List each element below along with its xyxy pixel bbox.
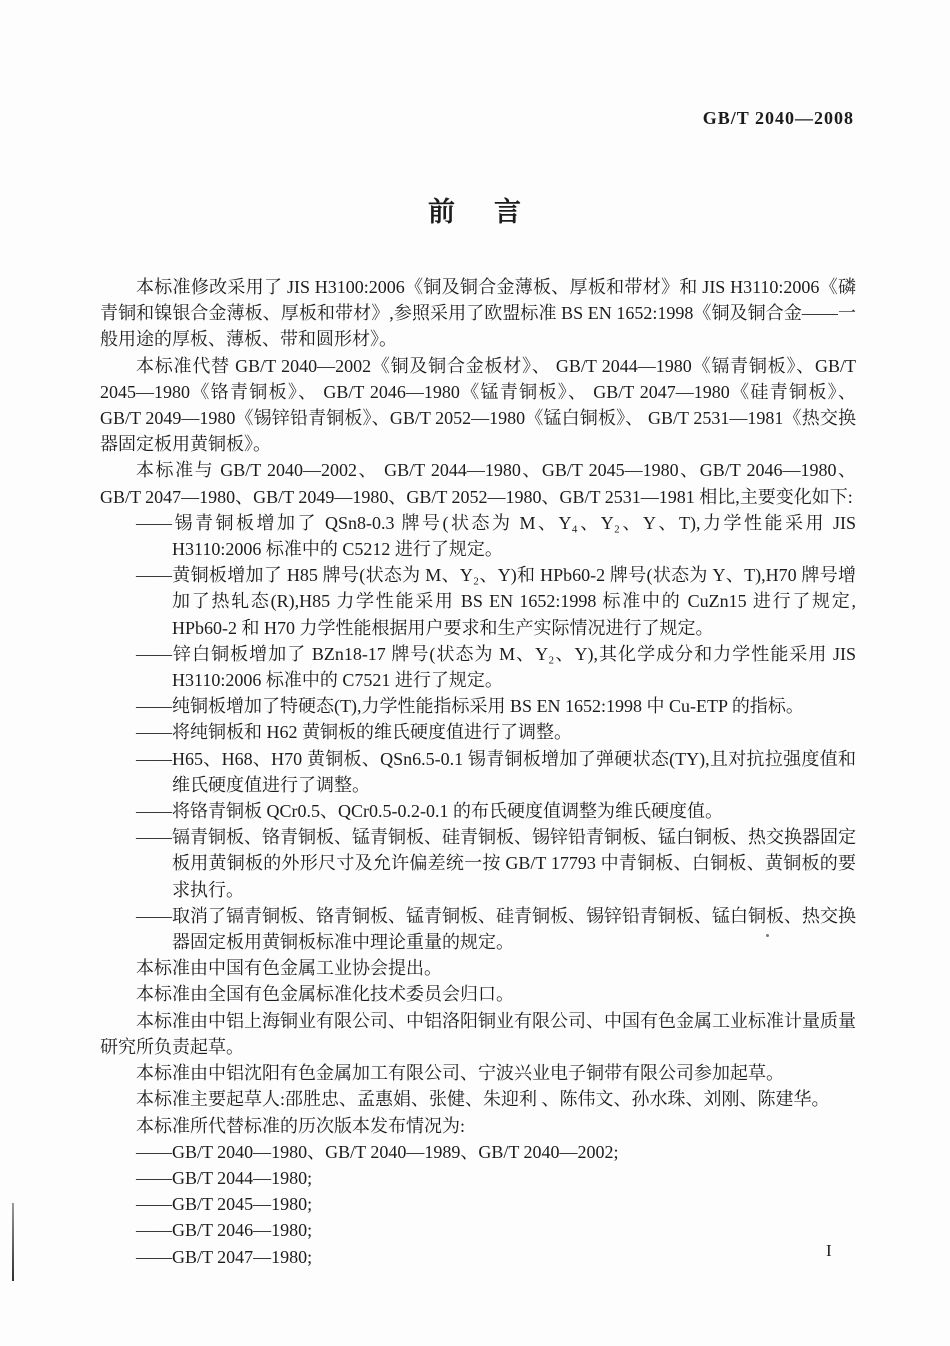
- change-item: ——纯铜板增加了特硬态(T),力学性能指标采用 BS EN 1652:1998 …: [100, 693, 856, 719]
- history-item: ——GB/T 2045—1980;: [100, 1191, 856, 1217]
- intro-section: 本标准修改采用了 JIS H3100:2006《铜及铜合金薄板、厚板和带材》和 …: [100, 274, 856, 510]
- intro-paragraph: 本标准修改采用了 JIS H3100:2006《铜及铜合金薄板、厚板和带材》和 …: [100, 274, 856, 353]
- history-item: ——GB/T 2046—1980;: [100, 1217, 856, 1243]
- page-title: 前 言: [100, 190, 855, 229]
- change-item: ——将纯铜板和 H62 黄铜板的维氏硬度值进行了调整。: [100, 719, 856, 745]
- standard-number: GB/T 2040—2008: [703, 108, 854, 129]
- document-page: GB/T 2040—2008 前 言 本标准修改采用了 JIS H3100:20…: [0, 0, 950, 1346]
- history-item: ——GB/T 2047—1980;: [100, 1244, 856, 1270]
- history-list: ——GB/T 2040—1980、GB/T 2040—1989、GB/T 204…: [100, 1139, 856, 1270]
- change-item: ——镉青铜板、铬青铜板、锰青铜板、硅青铜板、锡锌铅青铜板、锰白铜板、热交换器固定…: [100, 824, 856, 903]
- closing-paragraph: 本标准主要起草人:邵胜忠、孟惠娟、张健、朱迎利 、陈伟文、孙水珠、刘刚、陈建华。: [100, 1086, 856, 1112]
- closing-section: 本标准由中国有色金属工业协会提出。 本标准由全国有色金属标准化技术委员会归口。 …: [100, 955, 856, 1138]
- change-item: ——将铬青铜板 QCr0.5、QCr0.5-0.2-0.1 的布氏硬度值调整为维…: [100, 798, 856, 824]
- document-body: 本标准修改采用了 JIS H3100:2006《铜及铜合金薄板、厚板和带材》和 …: [100, 274, 856, 1270]
- change-item: ——黄铜板增加了 H85 牌号(状态为 M、Y₂、Y)和 HPb60-2 牌号(…: [100, 562, 856, 641]
- closing-paragraph: 本标准由中铝上海铜业有限公司、中铝洛阳铜业有限公司、中国有色金属工业标准计量质量…: [100, 1008, 856, 1060]
- change-item: ——H65、H68、H70 黄铜板、QSn6.5-0.1 锡青铜板增加了弹硬状态…: [100, 746, 856, 798]
- history-item: ——GB/T 2040—1980、GB/T 2040—1989、GB/T 204…: [100, 1139, 856, 1165]
- closing-paragraph: 本标准由全国有色金属标准化技术委员会归口。: [100, 981, 856, 1007]
- scan-artifact-line: [12, 1203, 14, 1281]
- scan-artifact-speck: [766, 934, 769, 937]
- change-item: ——取消了镉青铜板、铬青铜板、锰青铜板、硅青铜板、锡锌铅青铜板、锰白铜板、热交换…: [100, 903, 856, 955]
- closing-paragraph: 本标准由中国有色金属工业协会提出。: [100, 955, 856, 981]
- intro-paragraph: 本标准与 GB/T 2040—2002、 GB/T 2044—1980、GB/T…: [100, 457, 856, 509]
- page-number: I: [826, 1241, 832, 1261]
- change-item: ——锌白铜板增加了 BZn18-17 牌号(状态为 M、Y₂、Y),其化学成分和…: [100, 641, 856, 693]
- closing-paragraph: 本标准所代替标准的历次版本发布情况为:: [100, 1113, 856, 1139]
- changes-list: ——锡青铜板增加了 QSn8-0.3 牌号(状态为 M、Y₄、Y₂、Y、T),力…: [100, 510, 856, 955]
- history-item: ——GB/T 2044—1980;: [100, 1165, 856, 1191]
- closing-paragraph: 本标准由中铝沈阳有色金属加工有限公司、宁波兴业电子铜带有限公司参加起草。: [100, 1060, 856, 1086]
- change-item: ——锡青铜板增加了 QSn8-0.3 牌号(状态为 M、Y₄、Y₂、Y、T),力…: [100, 510, 856, 562]
- intro-paragraph: 本标准代替 GB/T 2040—2002《铜及铜合金板材》、 GB/T 2044…: [100, 353, 856, 458]
